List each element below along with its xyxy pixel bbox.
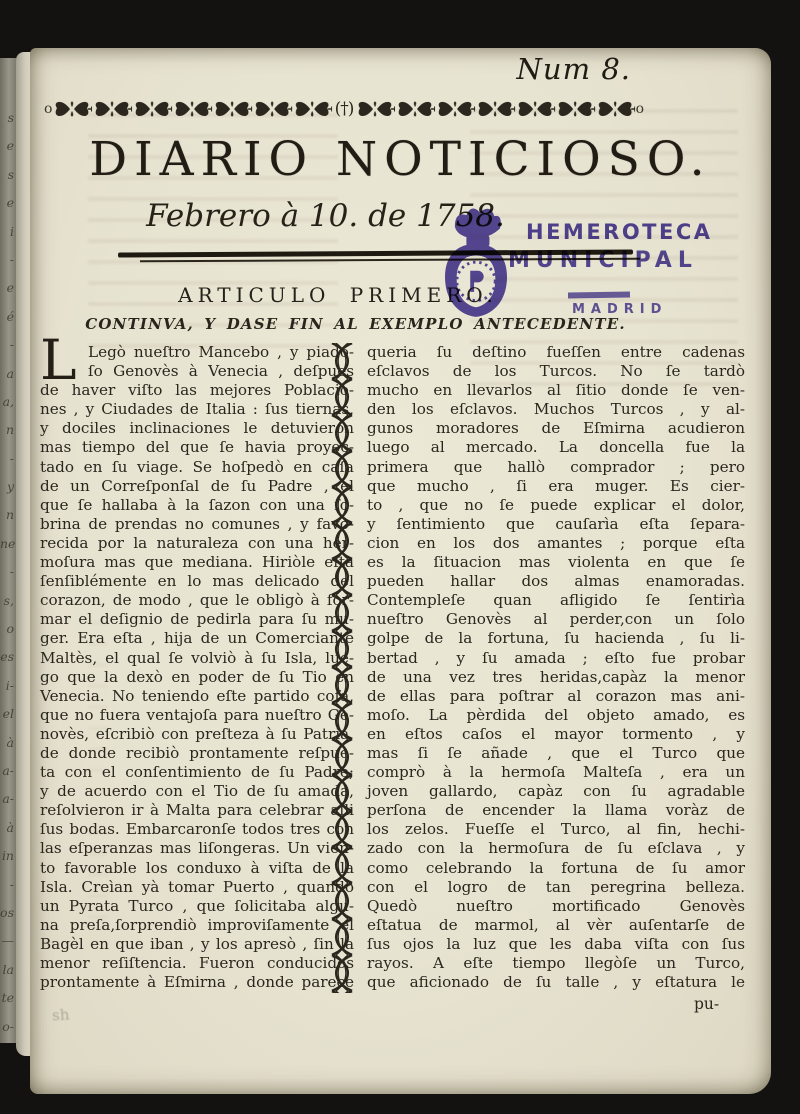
- edge-fragment: te: [0, 984, 16, 1012]
- issue-number: Num 8.: [517, 52, 631, 86]
- text-line: como celebrando la fortuna de ſu amor: [367, 859, 745, 878]
- edge-fragment: -: [0, 445, 16, 473]
- edge-fragment: -: [0, 871, 16, 899]
- text-line: es la ſituacion mas violenta en que ſe: [367, 553, 745, 572]
- edge-fragment: in: [0, 842, 16, 870]
- edge-fragment: i-: [0, 672, 16, 700]
- text-line: un Pyrata Turco , que ſolicitaba algu-: [40, 897, 354, 916]
- text-line: prontamente à Eſmirna , donde parece: [40, 973, 354, 992]
- text-line: eſclavos de los Turcos. No ſe tardò: [367, 362, 745, 381]
- facing-page-edge: sesei-eé-aa,n-ynne-s,oesi-elàa-a-àin-os—…: [0, 58, 16, 1043]
- edge-fragment: ne: [0, 530, 16, 558]
- edge-fragment: a-: [0, 757, 16, 785]
- masthead-title: DIARIO NOTICIOSO.: [30, 132, 771, 187]
- edge-fragment: s,: [0, 587, 16, 615]
- edge-fragment: s: [0, 161, 16, 189]
- text-line: de un Correſponſal de ſu Padre , el: [40, 477, 354, 496]
- text-line: luego al mercado. La doncella fue la: [367, 438, 745, 457]
- text-line: recida por la naturaleza con una her-: [40, 534, 354, 553]
- text-line: to favorable los conduxo à viſta de la: [40, 859, 354, 878]
- stamp-text-madrid: MADRID: [572, 302, 667, 317]
- edge-fragment: s: [0, 104, 16, 132]
- edge-fragment: o: [0, 615, 16, 643]
- edge-fragment: -: [0, 246, 16, 274]
- edge-fragment: la: [0, 956, 16, 984]
- text-line: Maltès, el qual ſe volviò à ſu Isla, lue…: [40, 649, 354, 668]
- text-line: ta con el conſentimiento de ſu Padre;: [40, 763, 354, 782]
- text-line: comprò à la hermoſa Malteſa , era un: [367, 763, 745, 782]
- text-line: Venecia. No teniendo eſte partido coſa,: [40, 687, 354, 706]
- edge-fragment: é: [0, 303, 16, 331]
- text-line: que aficionado de ſu talle , y eſtatura …: [367, 973, 745, 992]
- text-line: y dociles inclinaciones le detuvieron: [40, 419, 354, 438]
- text-line: mar el deſignio de pedirla para ſu mu-: [40, 610, 354, 629]
- edge-fragment: i: [0, 218, 16, 246]
- newspaper-page: Num 8. o (†) o: [30, 48, 771, 1094]
- text-line: ſo Genovès à Venecia , deſpues: [88, 362, 354, 381]
- edge-fragment: a,: [0, 388, 16, 416]
- text-line: zado con la hermoſura de ſu eſclava , y: [367, 839, 745, 858]
- edge-fragment: a-: [0, 785, 16, 813]
- text-line: ſus ojos la luz que les daba viſta con ſ…: [367, 935, 745, 954]
- text-line: mas ſi ſe añade , que el Turco que: [367, 744, 745, 763]
- text-line: brina de prendas no comunes , y favo-: [40, 515, 354, 534]
- edge-fragment: o-: [0, 1013, 16, 1041]
- text-line: perſona de encender la llama voràz de: [367, 801, 745, 820]
- text-line: de donde recibiò prontamente reſpue-: [40, 744, 354, 763]
- text-line: y ſentimiento que cauſarìa eſta ſepara-: [367, 515, 745, 534]
- text-line: de haver viſto las mejores Poblacio-: [40, 381, 354, 400]
- text-line: joven gallardo, capàz con ſu agradable: [367, 782, 745, 801]
- text-line: go que la dexò en poder de ſu Tio en: [40, 668, 354, 687]
- text-line: que mucho , ſi era muger. Es cier-: [367, 477, 745, 496]
- text-line: de una vez tres heridas,capàz la menor: [367, 668, 745, 687]
- column-divider-ornament: [327, 343, 357, 993]
- text-line: den los eſclavos. Muchos Turcos , y al-: [367, 400, 745, 419]
- text-line: en eſtos caſos el mayor tormento , y: [367, 725, 745, 744]
- ornament-end-right: o: [636, 102, 644, 116]
- text-line: novès, eſcribiò con preſteza à ſu Patria…: [40, 725, 354, 744]
- catchword: pu-: [694, 995, 719, 1013]
- text-line: queria ſu deſtino fueſſen entre cadenas: [367, 343, 745, 362]
- text-line: bertad , y ſu amada ; eſto fue probar: [367, 649, 745, 668]
- text-line: con el logro de tan peregrina belleza.: [367, 878, 745, 897]
- text-line: reſolvieron ir à Malta para celebrar all…: [40, 801, 354, 820]
- text-line: na preſa,ſorprendiò improviſamente el: [40, 916, 354, 935]
- text-line: gunos moradores de Eſmirna acudieron: [367, 419, 745, 438]
- edge-fragment: e: [0, 132, 16, 160]
- text-line: Legò nueſtro Mancebo , y piado-: [88, 343, 354, 362]
- text-line: las eſperanzas mas liſongeras. Un vien-: [40, 839, 354, 858]
- text-line: moſo. La pèrdida del objeto amado, es: [367, 706, 745, 725]
- text-line: nueſtro Genovès al perder,con un ſolo: [367, 610, 745, 629]
- fleuron-band-left: [52, 95, 332, 123]
- text-line: to , que no ſe puede explicar el dolor,: [367, 496, 745, 515]
- text-line: nes , y Ciudades de Italia : ſus tiernas…: [40, 400, 354, 419]
- right-column: queria ſu deſtino fueſſen entre cadenase…: [367, 343, 745, 992]
- drop-cap: L: [40, 339, 77, 381]
- text-line: moſura mas que mediana. Hiriòle eſta: [40, 553, 354, 572]
- text-line: mas tiempo del que ſe havia proyec-: [40, 438, 354, 457]
- edge-fragment: —: [0, 927, 16, 955]
- stamp-text-municipal: MUNICIPAL: [508, 248, 698, 273]
- fleuron-band-right: [355, 95, 635, 123]
- edge-fragment: el: [0, 700, 16, 728]
- text-line: ſus bodas. Embarcaronſe todos tres con: [40, 820, 354, 839]
- text-line: ſenſiblémente en lo mas delicado del: [40, 572, 354, 591]
- text-line: de ellas para poſtrar al corazon mas ani…: [367, 687, 745, 706]
- ornament-center-cross: (†): [333, 99, 356, 119]
- text-line: cion en los dos amantes ; porque eſta: [367, 534, 745, 553]
- left-column: L Legò nueſtro Mancebo , y piado-ſo Geno…: [40, 343, 354, 992]
- text-line: mucho en llevarlos al ſitio donde ſe ven…: [367, 381, 745, 400]
- text-line: pueden hallar dos almas enamoradas.: [367, 572, 745, 591]
- text-line: Bagèl en que iban , y los apresò , ſin l…: [40, 935, 354, 954]
- text-line: Contempleſe quan afligido ſe ſentirìa: [367, 591, 745, 610]
- text-line: los zelos. Fueſſe el Turco, al fin, hech…: [367, 820, 745, 839]
- text-line: golpe de la fortuna, ſu hacienda , ſu li…: [367, 629, 745, 648]
- text-line: primera que hallò comprador ; pero: [367, 458, 745, 477]
- edge-fragment: y: [0, 473, 16, 501]
- ornament-end-left: o: [44, 102, 52, 116]
- edge-fragment: es: [0, 643, 16, 671]
- edge-fragment: os: [0, 899, 16, 927]
- text-line: ger. Era eſta , hija de un Comerciante: [40, 629, 354, 648]
- text-line: corazon, de modo , que le obligò à for-: [40, 591, 354, 610]
- text-line: tado en ſu viage. Se hoſpedò en caſa: [40, 458, 354, 477]
- text-line: rayos. A eſte tiempo llegòſe un Turco,: [367, 954, 745, 973]
- edge-fragment: n: [0, 416, 16, 444]
- text-line: y de acuerdo con el Tio de ſu amada,: [40, 782, 354, 801]
- ink-smudge: sh: [51, 1005, 70, 1024]
- edge-fragment: J: [0, 1041, 16, 1043]
- stamp-underline: [568, 291, 630, 298]
- text-line: Quedò nueſtro mortificado Genovès: [367, 897, 745, 916]
- edge-fragment: e: [0, 189, 16, 217]
- edge-fragment: n: [0, 501, 16, 529]
- edge-fragment: à: [0, 729, 16, 757]
- edge-fragment: -: [0, 558, 16, 586]
- library-stamp: HEMEROTECA MUNICIPAL MADRID: [422, 200, 702, 340]
- edge-fragment: -: [0, 331, 16, 359]
- text-line: eſtatua de marmol, al vèr auſentarſe de: [367, 916, 745, 935]
- text-line: menor reſiſtencia. Fueron conducidos: [40, 954, 354, 973]
- text-line: que no fuera ventajoſa para nueſtro Ge-: [40, 706, 354, 725]
- edge-fragment: a: [0, 360, 16, 388]
- text-line: Isla. Creìan yà tomar Puerto , quando: [40, 878, 354, 897]
- ornament-band: o (†) o: [44, 94, 644, 124]
- edge-fragment: à: [0, 814, 16, 842]
- edge-fragment: e: [0, 274, 16, 302]
- stamp-text-hemeroteca: HEMEROTECA: [526, 220, 713, 244]
- text-line: que ſe hallaba à la ſazon con una ſo-: [40, 496, 354, 515]
